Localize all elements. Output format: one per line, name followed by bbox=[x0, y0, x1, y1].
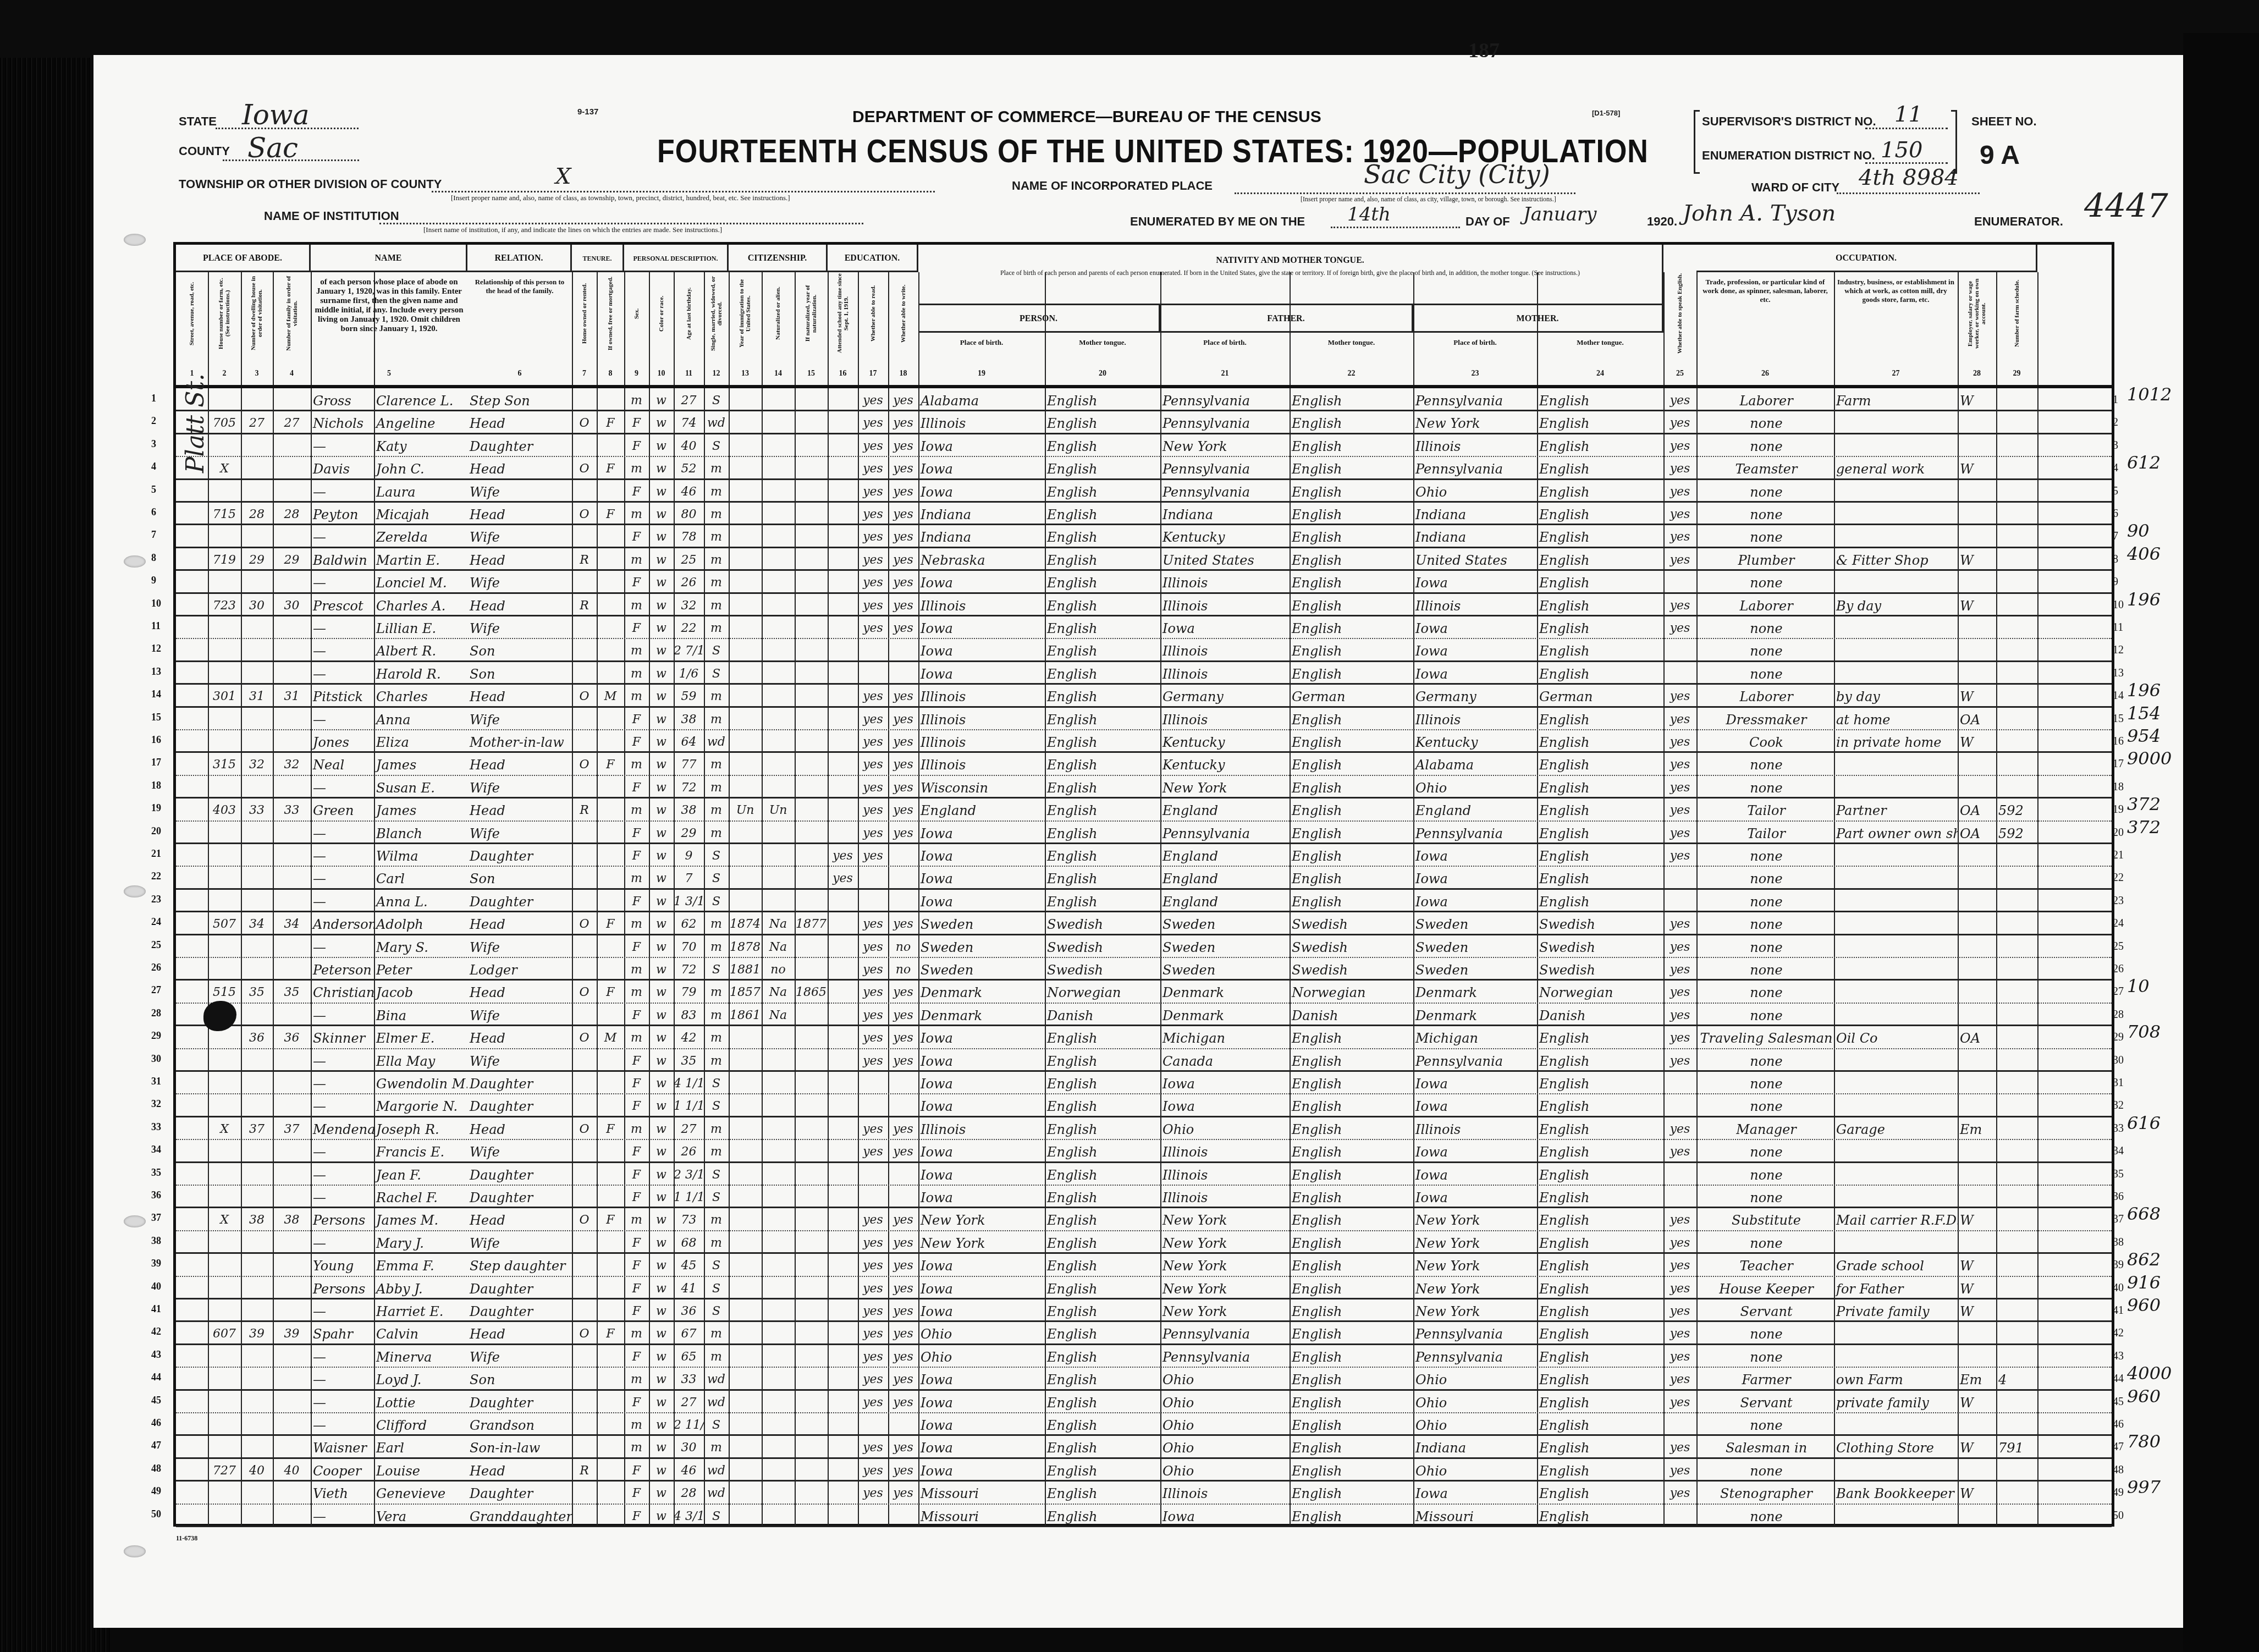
state-label: STATE bbox=[179, 114, 217, 129]
margin-code: 668 bbox=[2127, 1203, 2161, 1224]
cell-marital: m bbox=[704, 1049, 729, 1070]
cell-class bbox=[1958, 503, 1996, 524]
cell-read: yes bbox=[858, 844, 888, 866]
cell-trade: none bbox=[1696, 480, 1834, 501]
cell-imm bbox=[729, 525, 762, 546]
cell-ftongue: English bbox=[1290, 457, 1413, 478]
cell-mpob: Ohio bbox=[1413, 776, 1537, 797]
table-row: —CliffordGrandsonmw2 11/12SIowaEnglishOh… bbox=[176, 1413, 2112, 1436]
cell-free bbox=[597, 1277, 624, 1298]
cell-tongue: English bbox=[1045, 503, 1160, 524]
cell-marital: wd bbox=[704, 1391, 729, 1412]
column-header-label: Place of birth. bbox=[1413, 333, 1537, 353]
cell-family bbox=[273, 1140, 311, 1161]
cell-fpob: Kentucky bbox=[1160, 730, 1290, 751]
cell-street bbox=[176, 548, 208, 569]
cell-read: yes bbox=[858, 776, 888, 797]
line-number: 3 bbox=[2113, 439, 2118, 452]
cell-class: W bbox=[1958, 1277, 1996, 1298]
cell-relation: Lodger bbox=[467, 958, 572, 979]
table-row: 7152828PeytonMicajahHeadOFmw80myesyesInd… bbox=[176, 503, 2112, 525]
cell-tongue: English bbox=[1045, 1254, 1160, 1275]
cell-given: James M. bbox=[374, 1208, 467, 1230]
cell-speak: yes bbox=[1663, 685, 1696, 706]
cell-speak: yes bbox=[1663, 844, 1696, 866]
margin-code: 372 bbox=[2127, 794, 2161, 814]
cell-school bbox=[828, 935, 858, 957]
day-of-label: DAY OF bbox=[1465, 214, 1510, 229]
cell-marital: m bbox=[704, 776, 729, 797]
table-row: 4033333GreenJamesHeadRmw38mUnUnyesyesEng… bbox=[176, 799, 2112, 821]
table-row: GrossClarence L.Step Sonmw27SyesyesAlaba… bbox=[176, 389, 2112, 411]
cell-owned bbox=[572, 1436, 597, 1457]
cell-marital: S bbox=[704, 1254, 729, 1275]
cell-tongue: English bbox=[1045, 548, 1160, 569]
cell-owned bbox=[572, 525, 597, 546]
cell-tongue: Norwegian bbox=[1045, 981, 1160, 1002]
cell-write: yes bbox=[888, 480, 918, 501]
cell-nat bbox=[762, 616, 795, 638]
cell-write bbox=[888, 1072, 918, 1093]
cell-owned: O bbox=[572, 685, 597, 706]
cell-school bbox=[828, 503, 858, 524]
cell-write bbox=[888, 844, 918, 866]
cell-marital: m bbox=[704, 935, 729, 957]
line-number: 28 bbox=[2113, 1009, 2124, 1021]
cell-relation: Wife bbox=[467, 1345, 572, 1367]
cell-write bbox=[888, 1505, 918, 1526]
cell-natyr bbox=[795, 525, 828, 546]
cell-color: w bbox=[649, 571, 674, 592]
cell-nat bbox=[762, 1163, 795, 1185]
cell-age: 9 bbox=[674, 844, 704, 866]
cell-surname: — bbox=[311, 935, 374, 957]
column-header-label: Home owned or rented. bbox=[581, 272, 588, 355]
cell-speak: yes bbox=[1663, 912, 1696, 933]
cell-street bbox=[176, 1117, 208, 1139]
cell-mtongue: English bbox=[1537, 1094, 1663, 1115]
cell-mtongue: English bbox=[1537, 1140, 1663, 1161]
cell-given: Peter bbox=[374, 958, 467, 979]
cell-write: yes bbox=[888, 1117, 918, 1139]
cell-mpob: Ohio bbox=[1413, 480, 1537, 501]
cell-class bbox=[1958, 616, 1996, 638]
line-number: 44 bbox=[2113, 1373, 2124, 1385]
cell-ftongue: English bbox=[1290, 776, 1413, 797]
cell-owned: O bbox=[572, 457, 597, 478]
cell-owned: O bbox=[572, 1026, 597, 1048]
township-label: TOWNSHIP OR OTHER DIVISION OF COUNTY bbox=[179, 177, 442, 191]
line-number-left: 4 bbox=[151, 461, 156, 472]
cell-mtongue: English bbox=[1537, 1299, 1663, 1320]
cell-sex: F bbox=[624, 411, 649, 432]
line-number-left: 12 bbox=[151, 643, 161, 654]
cell-ftongue: English bbox=[1290, 753, 1413, 774]
cell-farm bbox=[1996, 1072, 2037, 1093]
cell-relation: Wife bbox=[467, 822, 572, 842]
group-occupation: OCCUPATION. bbox=[1696, 245, 2037, 272]
cell-age: 38 bbox=[674, 708, 704, 729]
cell-farm bbox=[1996, 776, 2037, 797]
column-header-label: Color or race. bbox=[658, 272, 665, 355]
cell-mpob: Pennsylvania bbox=[1413, 457, 1537, 478]
cell-imm bbox=[729, 1391, 762, 1412]
cell-family bbox=[273, 1505, 311, 1526]
cell-pob: Illinois bbox=[918, 411, 1045, 432]
cell-imm bbox=[729, 890, 762, 911]
cell-color: w bbox=[649, 1436, 674, 1457]
cell-imm bbox=[729, 503, 762, 524]
cell-house bbox=[208, 525, 241, 546]
cell-natyr bbox=[795, 958, 828, 979]
cell-natyr: 1865 bbox=[795, 981, 828, 1002]
table-row: —Mary J.WifeFw68myesyesNew YorkEnglishNe… bbox=[176, 1231, 2112, 1254]
cell-family bbox=[273, 730, 311, 751]
cell-dwelling: 32 bbox=[241, 753, 273, 774]
line-number: 22 bbox=[2113, 872, 2124, 884]
cell-dwelling: 34 bbox=[241, 912, 273, 933]
cell-surname: Jones bbox=[311, 730, 374, 751]
cell-dwelling: 31 bbox=[241, 685, 273, 706]
cell-school bbox=[828, 1004, 858, 1025]
cell-pob: Indiana bbox=[918, 503, 1045, 524]
cell-given: Mary J. bbox=[374, 1231, 467, 1252]
cell-tongue: English bbox=[1045, 776, 1160, 797]
cell-industry bbox=[1834, 1231, 1958, 1252]
cell-industry bbox=[1834, 1163, 1958, 1185]
cell-color: w bbox=[649, 503, 674, 524]
cell-trade: none bbox=[1696, 1094, 1834, 1115]
cell-marital: S bbox=[704, 1163, 729, 1185]
column-header-label: of each person whose place of abode on J… bbox=[311, 272, 467, 339]
cell-sex: F bbox=[624, 616, 649, 638]
cell-age: 52 bbox=[674, 457, 704, 478]
cell-free bbox=[597, 1231, 624, 1252]
cell-sex: m bbox=[624, 594, 649, 615]
line-number-left: 5 bbox=[151, 484, 156, 495]
cell-surname: — bbox=[311, 1140, 374, 1161]
margin-code: 708 bbox=[2127, 1021, 2161, 1042]
cell-age: 83 bbox=[674, 1004, 704, 1025]
cell-house bbox=[208, 1140, 241, 1161]
cell-dwelling bbox=[241, 708, 273, 729]
enumerated-label: ENUMERATED BY ME ON THE bbox=[1130, 214, 1305, 229]
cell-dwelling bbox=[241, 867, 273, 888]
cell-speak: yes bbox=[1663, 1117, 1696, 1139]
cell-street bbox=[176, 867, 208, 888]
cell-farm bbox=[1996, 1163, 2037, 1185]
cell-street bbox=[176, 525, 208, 546]
line-number: 18 bbox=[2113, 781, 2124, 794]
cell-natyr bbox=[795, 457, 828, 478]
cell-tongue: Swedish bbox=[1045, 912, 1160, 933]
line-number-left: 21 bbox=[151, 848, 161, 860]
township-value: X bbox=[555, 164, 571, 189]
cell-write: yes bbox=[888, 434, 918, 456]
punch-hole bbox=[124, 555, 146, 568]
cell-family bbox=[273, 1049, 311, 1070]
cell-dwelling bbox=[241, 1413, 273, 1434]
cell-school bbox=[828, 1345, 858, 1367]
cell-age: 72 bbox=[674, 958, 704, 979]
cell-street bbox=[176, 571, 208, 592]
group-education: EDUCATION. bbox=[828, 245, 918, 272]
cell-speak: yes bbox=[1663, 548, 1696, 569]
cell-family bbox=[273, 480, 311, 501]
cell-relation: Wife bbox=[467, 1140, 572, 1161]
cell-mtongue: English bbox=[1537, 844, 1663, 866]
cell-owned bbox=[572, 1345, 597, 1367]
cell-street bbox=[176, 1072, 208, 1093]
cell-street bbox=[176, 1505, 208, 1526]
cell-color: w bbox=[649, 776, 674, 797]
cell-nat bbox=[762, 1049, 795, 1070]
cell-owned: O bbox=[572, 411, 597, 432]
cell-given: Genevieve bbox=[374, 1482, 467, 1503]
cell-street bbox=[176, 1254, 208, 1275]
cell-pob: New York bbox=[918, 1231, 1045, 1252]
margin-code: 954 bbox=[2127, 725, 2161, 746]
cell-relation: Son bbox=[467, 867, 572, 888]
cell-sex: F bbox=[624, 935, 649, 957]
cell-read bbox=[858, 1186, 888, 1207]
line-number-left: 9 bbox=[151, 575, 156, 586]
cell-color: w bbox=[649, 1094, 674, 1115]
cell-street bbox=[176, 616, 208, 638]
table-row: —Loyd J.Sonmw33wdyesyesIowaEnglishOhioEn… bbox=[176, 1368, 2112, 1390]
cell-speak: yes bbox=[1663, 480, 1696, 501]
cell-street bbox=[176, 1140, 208, 1161]
cell-imm bbox=[729, 1345, 762, 1367]
cell-school bbox=[828, 799, 858, 820]
cell-read: yes bbox=[858, 730, 888, 751]
cell-nat bbox=[762, 1482, 795, 1503]
cell-trade: none bbox=[1696, 1505, 1834, 1526]
cell-relation: Head bbox=[467, 753, 572, 774]
cell-pob: Iowa bbox=[918, 1459, 1045, 1480]
line-number: 10 bbox=[2113, 599, 2124, 612]
cell-dwelling: 27 bbox=[241, 411, 273, 432]
cell-industry bbox=[1834, 639, 1958, 660]
cell-family: 34 bbox=[273, 912, 311, 933]
cell-surname: — bbox=[311, 1345, 374, 1367]
cell-class bbox=[1958, 912, 1996, 933]
cell-tongue: English bbox=[1045, 1208, 1160, 1230]
cell-marital: S bbox=[704, 662, 729, 683]
cell-read: yes bbox=[858, 708, 888, 729]
cell-read: yes bbox=[858, 1459, 888, 1480]
table-row: —WilmaDaughterFw9SyesyesIowaEnglishEngla… bbox=[176, 844, 2112, 867]
cell-trade: Servant bbox=[1696, 1391, 1834, 1412]
cell-relation: Wife bbox=[467, 1049, 572, 1070]
cell-fpob: Pennsylvania bbox=[1160, 822, 1290, 842]
cell-owned bbox=[572, 1186, 597, 1207]
cell-relation: Wife bbox=[467, 1231, 572, 1252]
column-header-23: Place of birth. bbox=[1413, 333, 1537, 363]
cell-ftongue: English bbox=[1290, 1277, 1413, 1298]
cell-imm: 1874 bbox=[729, 912, 762, 933]
cell-marital: m bbox=[704, 822, 729, 842]
cell-mtongue: English bbox=[1537, 571, 1663, 592]
line-number: 34 bbox=[2113, 1145, 2124, 1158]
cell-sex: F bbox=[624, 1231, 649, 1252]
cell-class: W bbox=[1958, 1299, 1996, 1320]
cell-read: yes bbox=[858, 411, 888, 432]
cell-age: 80 bbox=[674, 503, 704, 524]
cell-natyr bbox=[795, 1186, 828, 1207]
cell-surname: Green bbox=[311, 799, 374, 820]
cell-mpob: New York bbox=[1413, 1277, 1537, 1298]
column-header-18: Whether able to write. bbox=[888, 272, 918, 363]
cell-family bbox=[273, 571, 311, 592]
cell-marital: m bbox=[704, 1004, 729, 1025]
table-row: 3013131PitstickCharlesHeadOMmw59myesyesI… bbox=[176, 685, 2112, 707]
cell-read: yes bbox=[858, 1004, 888, 1025]
cell-school bbox=[828, 890, 858, 911]
cell-mtongue: Swedish bbox=[1537, 912, 1663, 933]
cell-mpob: Iowa bbox=[1413, 844, 1537, 866]
margin-code: 154 bbox=[2127, 703, 2161, 724]
cell-industry bbox=[1834, 1505, 1958, 1526]
cell-owned: O bbox=[572, 981, 597, 1002]
cell-industry: Private family bbox=[1834, 1299, 1958, 1320]
cell-surname: Christian bbox=[311, 981, 374, 1002]
cell-street bbox=[176, 799, 208, 820]
line-number: 48 bbox=[2113, 1464, 2124, 1477]
group-person: PERSON. bbox=[918, 305, 1160, 333]
cell-mpob: Pennsylvania bbox=[1413, 1322, 1537, 1343]
cell-relation: Son-in-law bbox=[467, 1436, 572, 1457]
cell-relation: Step Son bbox=[467, 389, 572, 410]
cell-farm bbox=[1996, 457, 2037, 478]
table-row: —Jean F.DaughterFw2 3/12SIowaEnglishIlli… bbox=[176, 1163, 2112, 1186]
cell-house: 301 bbox=[208, 685, 241, 706]
column-header-22: Mother tongue. bbox=[1290, 333, 1413, 363]
cell-given: Angeline bbox=[374, 411, 467, 432]
cell-trade: none bbox=[1696, 912, 1834, 933]
cell-natyr bbox=[795, 1072, 828, 1093]
cell-sex: F bbox=[624, 1459, 649, 1480]
cell-write: yes bbox=[888, 1322, 918, 1343]
cell-color: w bbox=[649, 594, 674, 615]
cell-industry bbox=[1834, 434, 1958, 456]
cell-free: F bbox=[597, 1208, 624, 1230]
cell-read bbox=[858, 1505, 888, 1526]
punch-hole bbox=[124, 885, 146, 897]
cell-industry bbox=[1834, 1049, 1958, 1070]
column-header-12: Single, married, widowed, or divorced. bbox=[704, 272, 729, 363]
cell-age: 32 bbox=[674, 594, 704, 615]
cell-natyr bbox=[795, 571, 828, 592]
cell-dwelling bbox=[241, 616, 273, 638]
cell-sex: F bbox=[624, 1254, 649, 1275]
cell-family bbox=[273, 935, 311, 957]
cell-farm: 4 bbox=[1996, 1368, 2037, 1389]
cell-imm: 1881 bbox=[729, 958, 762, 979]
line-number-left: 30 bbox=[151, 1053, 161, 1065]
cell-speak: yes bbox=[1663, 434, 1696, 456]
cell-read: yes bbox=[858, 981, 888, 1002]
cell-mpob: Denmark bbox=[1413, 1004, 1537, 1025]
column-header-label: Number of dwelling house in order of vis… bbox=[250, 272, 263, 355]
cell-imm: 1861 bbox=[729, 1004, 762, 1025]
table-row: —LauraWifeFw46myesyesIowaEnglishPennsylv… bbox=[176, 480, 2112, 503]
cell-ftongue: English bbox=[1290, 594, 1413, 615]
cell-write: yes bbox=[888, 1277, 918, 1298]
cell-surname: Waisner bbox=[311, 1436, 374, 1457]
cell-ftongue: Swedish bbox=[1290, 935, 1413, 957]
cell-family bbox=[273, 434, 311, 456]
cell-dwelling bbox=[241, 776, 273, 797]
cell-surname: — bbox=[311, 639, 374, 660]
cell-marital: S bbox=[704, 1094, 729, 1115]
cell-ftongue: English bbox=[1290, 822, 1413, 842]
cell-family: 32 bbox=[273, 753, 311, 774]
cell-relation: Wife bbox=[467, 571, 572, 592]
table-row: 7233030PrescotCharles A.HeadRmw32myesyes… bbox=[176, 594, 2112, 616]
cell-fpob: Iowa bbox=[1160, 1094, 1290, 1115]
cell-age: 67 bbox=[674, 1322, 704, 1343]
cell-ftongue: German bbox=[1290, 685, 1413, 706]
cell-given: John C. bbox=[374, 457, 467, 478]
cell-school bbox=[828, 1072, 858, 1093]
cell-owned: R bbox=[572, 548, 597, 569]
cell-imm bbox=[729, 1436, 762, 1457]
cell-trade: none bbox=[1696, 411, 1834, 432]
cell-ftongue: Swedish bbox=[1290, 912, 1413, 933]
column-number: 14 bbox=[762, 363, 795, 385]
cell-write: yes bbox=[888, 1049, 918, 1070]
cell-class: Em bbox=[1958, 1117, 1996, 1139]
cell-speak: yes bbox=[1663, 503, 1696, 524]
cell-sex: m bbox=[624, 389, 649, 410]
cell-given: Charles A. bbox=[374, 594, 467, 615]
cell-pob: Alabama bbox=[918, 389, 1045, 410]
cell-mpob: Indiana bbox=[1413, 1436, 1537, 1457]
cell-school: yes bbox=[828, 867, 858, 888]
cell-free bbox=[597, 1004, 624, 1025]
cell-imm bbox=[729, 1186, 762, 1207]
cell-tongue: English bbox=[1045, 594, 1160, 615]
line-number: 47 bbox=[2113, 1441, 2124, 1453]
line-number: 2 bbox=[2113, 416, 2118, 429]
cell-trade: none bbox=[1696, 1140, 1834, 1161]
line-number: 5 bbox=[2113, 485, 2118, 498]
cell-surname: — bbox=[311, 1231, 374, 1252]
cell-natyr bbox=[795, 708, 828, 729]
column-number: 20 bbox=[1045, 363, 1160, 385]
cell-nat: Un bbox=[762, 799, 795, 820]
table-row: PetersonPeterLodgermw72S1881noyesnoSwede… bbox=[176, 958, 2112, 981]
cell-pob: Iowa bbox=[918, 616, 1045, 638]
census-table: PLACE OF ABODE. NAME RELATION. TENURE. P… bbox=[173, 242, 2114, 1527]
cell-free bbox=[597, 1094, 624, 1115]
cell-owned bbox=[572, 389, 597, 410]
cell-surname: Pitstick bbox=[311, 685, 374, 706]
cell-imm bbox=[729, 1368, 762, 1389]
column-number: 7 bbox=[572, 363, 597, 385]
cell-color: w bbox=[649, 457, 674, 478]
cell-pob: Nebraska bbox=[918, 548, 1045, 569]
column-header-label: Place of birth. bbox=[918, 333, 1045, 353]
cell-mtongue: English bbox=[1537, 457, 1663, 478]
cell-industry bbox=[1834, 571, 1958, 592]
cell-owned bbox=[572, 822, 597, 842]
cell-class bbox=[1958, 571, 1996, 592]
cell-relation: Son bbox=[467, 1368, 572, 1389]
cell-speak: yes bbox=[1663, 1322, 1696, 1343]
cell-family bbox=[273, 1436, 311, 1457]
